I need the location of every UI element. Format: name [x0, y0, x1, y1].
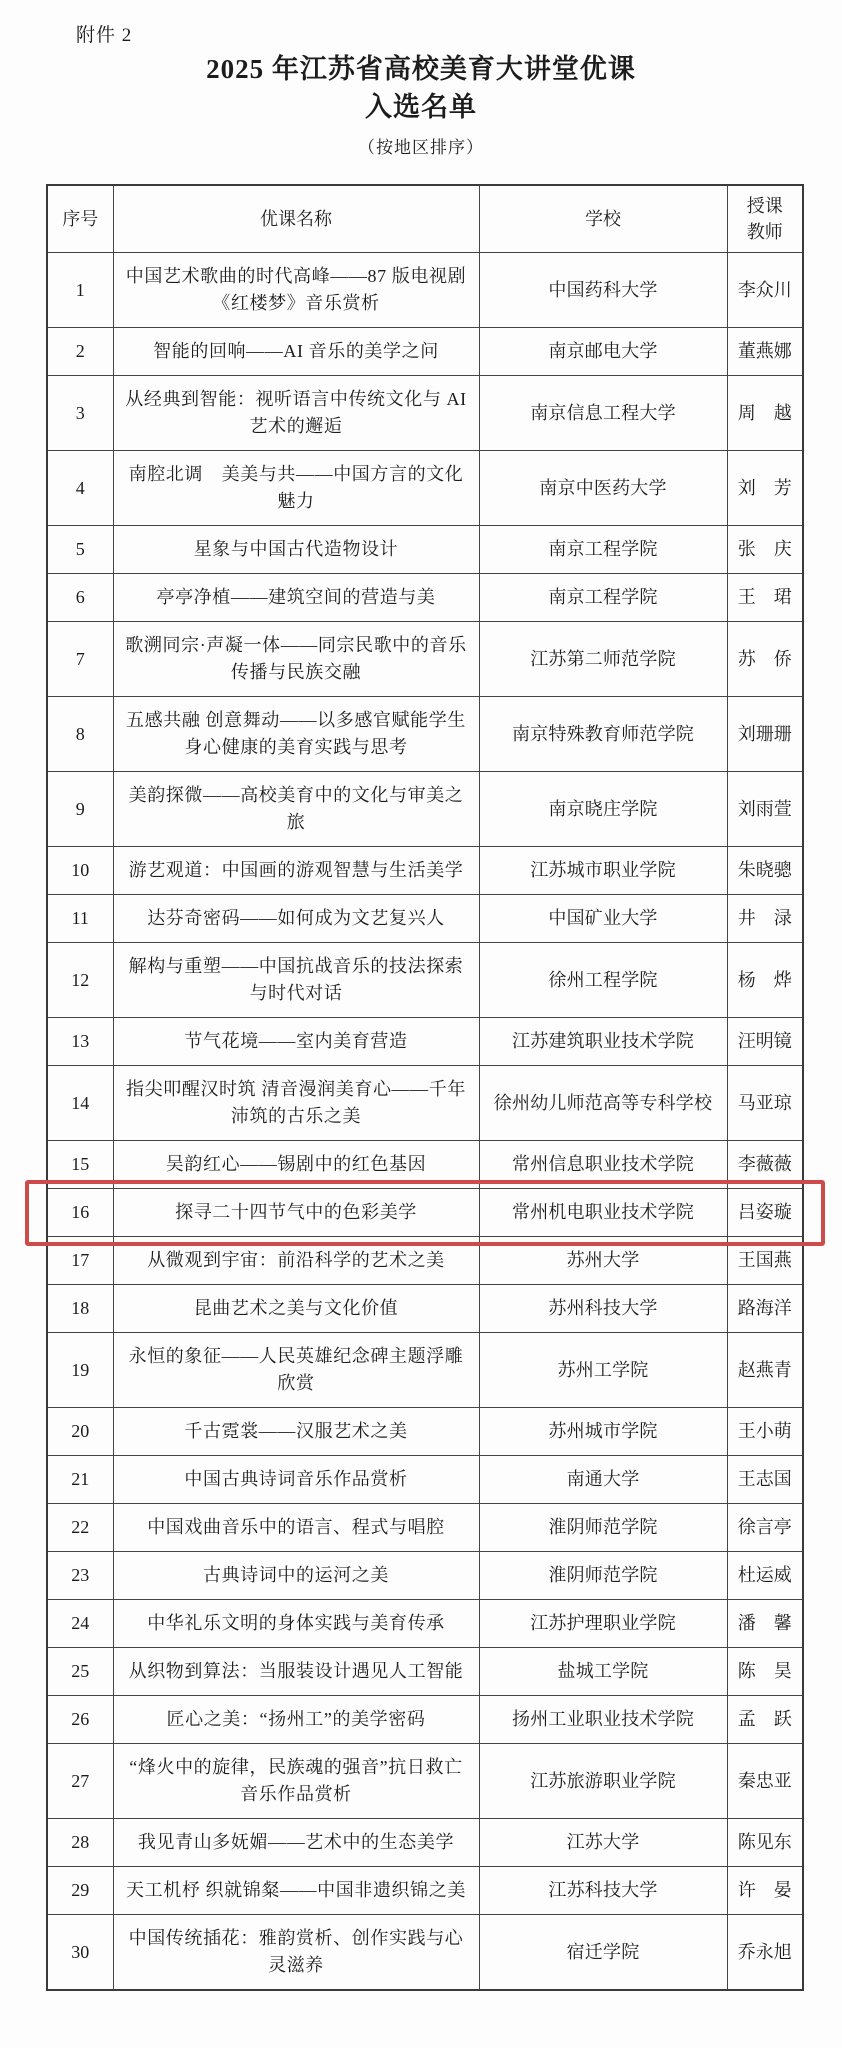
roster-body: 1中国艺术歌曲的时代高峰——87 版电视剧《红楼梦》音乐赏析中国药科大学李众川2… — [47, 253, 803, 1991]
course-cell: 从经典到智能：视听语言中传统文化与 AI 艺术的邂逅 — [113, 376, 479, 451]
header-row: 序号 优课名称 学校 授课 教师 — [47, 185, 803, 253]
teacher-cell: 秦忠亚 — [727, 1744, 803, 1819]
course-cell: 智能的回响——AI 音乐的美学之问 — [113, 328, 479, 376]
school-cell: 南京中医药大学 — [479, 451, 727, 526]
school-cell: 中国矿业大学 — [479, 895, 727, 943]
course-cell: 达芬奇密码——如何成为文艺复兴人 — [113, 895, 479, 943]
header-school: 学校 — [479, 185, 727, 253]
page-title: 2025 年江苏省高校美育大讲堂优课 入选名单 — [0, 0, 842, 126]
school-cell: 江苏大学 — [479, 1819, 727, 1867]
table-row: 21中国古典诗词音乐作品赏析南通大学王志国 — [47, 1456, 803, 1504]
teacher-cell: 王小萌 — [727, 1408, 803, 1456]
table-row: 6亭亭净植——建筑空间的营造与美南京工程学院王 珺 — [47, 574, 803, 622]
table-row: 12解构与重塑——中国抗战音乐的技法探索与时代对话徐州工程学院杨 烨 — [47, 943, 803, 1018]
school-cell: 苏州城市学院 — [479, 1408, 727, 1456]
course-cell: 中华礼乐文明的身体实践与美育传承 — [113, 1600, 479, 1648]
page-subtitle: （按地区排序） — [0, 133, 842, 158]
row-index-cell: 28 — [47, 1819, 113, 1867]
table-row: 1中国艺术歌曲的时代高峰——87 版电视剧《红楼梦》音乐赏析中国药科大学李众川 — [47, 253, 803, 328]
school-cell: 江苏科技大学 — [479, 1867, 727, 1915]
table-row: 8五感共融 创意舞动——以多感官赋能学生身心健康的美育实践与思考南京特殊教育师范… — [47, 697, 803, 772]
table-row: 13节气花境——室内美育营造江苏建筑职业技术学院汪明镜 — [47, 1018, 803, 1066]
row-index-cell: 20 — [47, 1408, 113, 1456]
row-index-cell: 16 — [47, 1189, 113, 1237]
row-index-cell: 17 — [47, 1237, 113, 1285]
table-row: 15吴韵红心——锡剧中的红色基因常州信息职业技术学院李薇薇 — [47, 1141, 803, 1189]
course-cell: 中国戏曲音乐中的语言、程式与唱腔 — [113, 1504, 479, 1552]
row-index-cell: 3 — [47, 376, 113, 451]
teacher-cell: 刘 芳 — [727, 451, 803, 526]
course-cell: 千古霓裳——汉服艺术之美 — [113, 1408, 479, 1456]
page-title-line2: 入选名单 — [0, 88, 842, 126]
row-index-cell: 30 — [47, 1915, 113, 1991]
table-row: 5星象与中国古代造物设计南京工程学院张 庆 — [47, 526, 803, 574]
school-cell: 苏州工学院 — [479, 1333, 727, 1408]
teacher-cell: 李薇薇 — [727, 1141, 803, 1189]
row-index-cell: 7 — [47, 622, 113, 697]
row-index-cell: 22 — [47, 1504, 113, 1552]
course-cell: 中国古典诗词音乐作品赏析 — [113, 1456, 479, 1504]
teacher-cell: 刘珊珊 — [727, 697, 803, 772]
course-cell: 中国传统插花：雅韵赏析、创作实践与心灵滋养 — [113, 1915, 479, 1991]
row-index-cell: 29 — [47, 1867, 113, 1915]
school-cell: 苏州大学 — [479, 1237, 727, 1285]
row-index-cell: 10 — [47, 847, 113, 895]
row-index-cell: 8 — [47, 697, 113, 772]
course-cell: 指尖叩醒汉时筑 清音漫润美育心——千年沛筑的古乐之美 — [113, 1066, 479, 1141]
teacher-cell: 汪明镜 — [727, 1018, 803, 1066]
school-cell: 淮阴师范学院 — [479, 1552, 727, 1600]
row-index-cell: 15 — [47, 1141, 113, 1189]
school-cell: 中国药科大学 — [479, 253, 727, 328]
course-cell: 昆曲艺术之美与文化价值 — [113, 1285, 479, 1333]
school-cell: 江苏建筑职业技术学院 — [479, 1018, 727, 1066]
table-row: 4南腔北调 美美与共——中国方言的文化魅力南京中医药大学刘 芳 — [47, 451, 803, 526]
course-cell: 星象与中国古代造物设计 — [113, 526, 479, 574]
school-cell: 常州信息职业技术学院 — [479, 1141, 727, 1189]
table-row: 28我见青山多妩媚——艺术中的生态美学江苏大学陈见东 — [47, 1819, 803, 1867]
row-index-cell: 27 — [47, 1744, 113, 1819]
course-cell: “烽火中的旋律，民族魂的强音”抗日救亡音乐作品赏析 — [113, 1744, 479, 1819]
teacher-cell: 马亚琼 — [727, 1066, 803, 1141]
table-row: 26匠心之美：“扬州工”的美学密码扬州工业职业技术学院孟 跃 — [47, 1696, 803, 1744]
teacher-cell: 李众川 — [727, 253, 803, 328]
table-row: 11达芬奇密码——如何成为文艺复兴人中国矿业大学井 渌 — [47, 895, 803, 943]
table-row: 7歌溯同宗·声凝一体——同宗民歌中的音乐传播与民族交融江苏第二师范学院苏 侨 — [47, 622, 803, 697]
teacher-cell: 赵燕青 — [727, 1333, 803, 1408]
teacher-cell: 张 庆 — [727, 526, 803, 574]
course-cell: 歌溯同宗·声凝一体——同宗民歌中的音乐传播与民族交融 — [113, 622, 479, 697]
school-cell: 徐州幼儿师范高等专科学校 — [479, 1066, 727, 1141]
school-cell: 南京工程学院 — [479, 526, 727, 574]
school-cell: 宿迁学院 — [479, 1915, 727, 1991]
teacher-cell: 杨 烨 — [727, 943, 803, 1018]
table-row: 18昆曲艺术之美与文化价值苏州科技大学路海洋 — [47, 1285, 803, 1333]
teacher-cell: 周 越 — [727, 376, 803, 451]
row-index-cell: 25 — [47, 1648, 113, 1696]
course-cell: 永恒的象征——人民英雄纪念碑主题浮雕欣赏 — [113, 1333, 479, 1408]
teacher-cell: 徐言亭 — [727, 1504, 803, 1552]
school-cell: 淮阴师范学院 — [479, 1504, 727, 1552]
row-index-cell: 11 — [47, 895, 113, 943]
course-cell: 从织物到算法：当服装设计遇见人工智能 — [113, 1648, 479, 1696]
course-cell: 中国艺术歌曲的时代高峰——87 版电视剧《红楼梦》音乐赏析 — [113, 253, 479, 328]
school-cell: 南京晓庄学院 — [479, 772, 727, 847]
row-index-cell: 24 — [47, 1600, 113, 1648]
table-row: 20千古霓裳——汉服艺术之美苏州城市学院王小萌 — [47, 1408, 803, 1456]
teacher-cell: 路海洋 — [727, 1285, 803, 1333]
header-teacher: 授课 教师 — [727, 185, 803, 253]
course-cell: 南腔北调 美美与共——中国方言的文化魅力 — [113, 451, 479, 526]
course-cell: 亭亭净植——建筑空间的营造与美 — [113, 574, 479, 622]
table-row: 27“烽火中的旋律，民族魂的强音”抗日救亡音乐作品赏析江苏旅游职业学院秦忠亚 — [47, 1744, 803, 1819]
table-row: 14指尖叩醒汉时筑 清音漫润美育心——千年沛筑的古乐之美徐州幼儿师范高等专科学校… — [47, 1066, 803, 1141]
teacher-cell: 井 渌 — [727, 895, 803, 943]
school-cell: 扬州工业职业技术学院 — [479, 1696, 727, 1744]
school-cell: 江苏城市职业学院 — [479, 847, 727, 895]
teacher-cell: 王志国 — [727, 1456, 803, 1504]
teacher-cell: 朱晓骢 — [727, 847, 803, 895]
row-index-cell: 19 — [47, 1333, 113, 1408]
school-cell: 南京工程学院 — [479, 574, 727, 622]
teacher-cell: 陈见东 — [727, 1819, 803, 1867]
teacher-cell: 吕姿璇 — [727, 1189, 803, 1237]
table-row: 3从经典到智能：视听语言中传统文化与 AI 艺术的邂逅南京信息工程大学周 越 — [47, 376, 803, 451]
course-cell: 游艺观道：中国画的游观智慧与生活美学 — [113, 847, 479, 895]
table-row: 10游艺观道：中国画的游观智慧与生活美学江苏城市职业学院朱晓骢 — [47, 847, 803, 895]
row-index-cell: 13 — [47, 1018, 113, 1066]
course-cell: 古典诗词中的运河之美 — [113, 1552, 479, 1600]
teacher-cell: 陈 昊 — [727, 1648, 803, 1696]
course-cell: 吴韵红心——锡剧中的红色基因 — [113, 1141, 479, 1189]
school-cell: 徐州工程学院 — [479, 943, 727, 1018]
course-cell: 探寻二十四节气中的色彩美学 — [113, 1189, 479, 1237]
table-row: 23古典诗词中的运河之美淮阴师范学院杜运威 — [47, 1552, 803, 1600]
row-index-cell: 26 — [47, 1696, 113, 1744]
teacher-cell: 乔永旭 — [727, 1915, 803, 1991]
table-row: 9美韵探微——高校美育中的文化与审美之旅南京晓庄学院刘雨萱 — [47, 772, 803, 847]
table-row: 2智能的回响——AI 音乐的美学之问南京邮电大学董燕娜 — [47, 328, 803, 376]
course-cell: 匠心之美：“扬州工”的美学密码 — [113, 1696, 479, 1744]
row-index-cell: 1 — [47, 253, 113, 328]
teacher-cell: 刘雨萱 — [727, 772, 803, 847]
teacher-cell: 杜运威 — [727, 1552, 803, 1600]
course-cell: 从微观到宇宙：前沿科学的艺术之美 — [113, 1237, 479, 1285]
table-row: 16探寻二十四节气中的色彩美学常州机电职业技术学院吕姿璇 — [47, 1189, 803, 1237]
course-cell: 天工机杼 织就锦粲——中国非遗织锦之美 — [113, 1867, 479, 1915]
school-cell: 南京信息工程大学 — [479, 376, 727, 451]
course-cell: 美韵探微——高校美育中的文化与审美之旅 — [113, 772, 479, 847]
school-cell: 江苏护理职业学院 — [479, 1600, 727, 1648]
course-cell: 我见青山多妩媚——艺术中的生态美学 — [113, 1819, 479, 1867]
row-index-cell: 12 — [47, 943, 113, 1018]
attachment-label: 附件 2 — [76, 20, 132, 47]
teacher-cell: 董燕娜 — [727, 328, 803, 376]
header-course: 优课名称 — [113, 185, 479, 253]
row-index-cell: 9 — [47, 772, 113, 847]
table-row: 17从微观到宇宙：前沿科学的艺术之美苏州大学王国燕 — [47, 1237, 803, 1285]
table-row: 30中国传统插花：雅韵赏析、创作实践与心灵滋养宿迁学院乔永旭 — [47, 1915, 803, 1991]
course-cell: 五感共融 创意舞动——以多感官赋能学生身心健康的美育实践与思考 — [113, 697, 479, 772]
row-index-cell: 23 — [47, 1552, 113, 1600]
teacher-cell: 王国燕 — [727, 1237, 803, 1285]
course-cell: 解构与重塑——中国抗战音乐的技法探索与时代对话 — [113, 943, 479, 1018]
school-cell: 苏州科技大学 — [479, 1285, 727, 1333]
header-index: 序号 — [47, 185, 113, 253]
table-row: 25从织物到算法：当服装设计遇见人工智能盐城工学院陈 昊 — [47, 1648, 803, 1696]
row-index-cell: 4 — [47, 451, 113, 526]
teacher-cell: 王 珺 — [727, 574, 803, 622]
row-index-cell: 21 — [47, 1456, 113, 1504]
school-cell: 江苏第二师范学院 — [479, 622, 727, 697]
teacher-cell: 孟 跃 — [727, 1696, 803, 1744]
row-index-cell: 18 — [47, 1285, 113, 1333]
teacher-cell: 潘 馨 — [727, 1600, 803, 1648]
teacher-cell: 苏 侨 — [727, 622, 803, 697]
school-cell: 江苏旅游职业学院 — [479, 1744, 727, 1819]
teacher-cell: 许 晏 — [727, 1867, 803, 1915]
roster-header: 序号 优课名称 学校 授课 教师 — [47, 185, 803, 253]
table-row: 22中国戏曲音乐中的语言、程式与唱腔淮阴师范学院徐言亭 — [47, 1504, 803, 1552]
roster-table: 序号 优课名称 学校 授课 教师 1中国艺术歌曲的时代高峰——87 版电视剧《红… — [46, 184, 804, 1991]
school-cell: 盐城工学院 — [479, 1648, 727, 1696]
school-cell: 南京特殊教育师范学院 — [479, 697, 727, 772]
school-cell: 南通大学 — [479, 1456, 727, 1504]
row-index-cell: 6 — [47, 574, 113, 622]
row-index-cell: 2 — [47, 328, 113, 376]
table-row: 24中华礼乐文明的身体实践与美育传承江苏护理职业学院潘 馨 — [47, 1600, 803, 1648]
school-cell: 南京邮电大学 — [479, 328, 727, 376]
school-cell: 常州机电职业技术学院 — [479, 1189, 727, 1237]
table-row: 29天工机杼 织就锦粲——中国非遗织锦之美江苏科技大学许 晏 — [47, 1867, 803, 1915]
page-title-line1: 2025 年江苏省高校美育大讲堂优课 — [0, 50, 842, 88]
document-page: 附件 2 2025 年江苏省高校美育大讲堂优课 入选名单 （按地区排序） 序号 … — [0, 0, 842, 2048]
course-cell: 节气花境——室内美育营造 — [113, 1018, 479, 1066]
table-row: 19永恒的象征——人民英雄纪念碑主题浮雕欣赏苏州工学院赵燕青 — [47, 1333, 803, 1408]
row-index-cell: 5 — [47, 526, 113, 574]
row-index-cell: 14 — [47, 1066, 113, 1141]
